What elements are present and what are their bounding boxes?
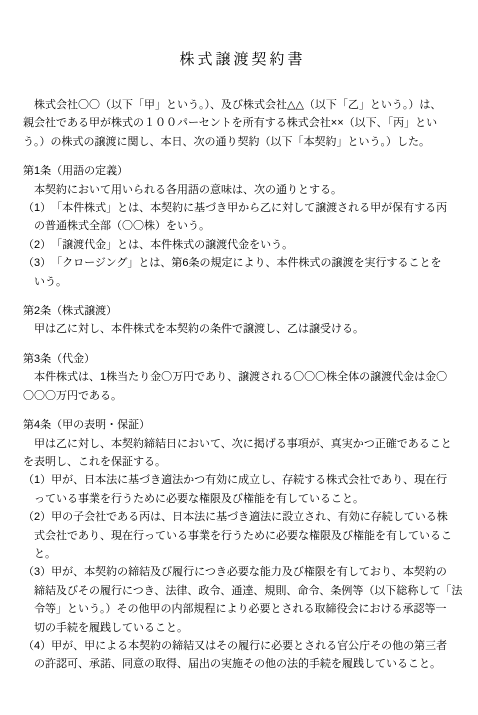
- article-block: 第1条（用語の定義） 本契約において用いられる各用語の意味は、次の通りとする。（…: [23, 162, 462, 291]
- article-heading: 第2条（株式譲渡）: [23, 302, 462, 320]
- text-line: 株式会社〇〇（以下「甲」という。）、及び株式会社△△（以下「乙」という。）は、: [23, 96, 462, 114]
- article-block: 第3条（代金） 本件株式は、1株当たり金〇万円であり、譲渡される〇〇〇株全体の譲…: [23, 350, 462, 405]
- text-line: の普通株式全部（〇〇株）をいう。: [23, 217, 462, 235]
- document-title: 株式譲渡契約書: [23, 50, 462, 69]
- text-line: （1）甲が、日本法に基づき適法かつ有効に成立し、存続する株式会社であり、現在行: [23, 471, 462, 489]
- text-line: っている事業を行うために必要な権限及び権能を有していること。: [23, 490, 462, 508]
- text-line: 式会社であり、現在行っている事業を行うために必要な権限及び権能を有しているこ: [23, 527, 462, 545]
- text-line: （2）甲の子会社である丙は、日本法に基づき適法に設立され、有効に存続している株: [23, 508, 462, 526]
- text-line: 甲は乙に対し、本件株式を本契約の条件で譲渡し、乙は譲受ける。: [23, 320, 462, 338]
- text-line: 切の手続を履践していること。: [23, 619, 462, 637]
- text-line: 令等」という。）その他甲の内部規程により必要とされる取締役会における承認等一: [23, 600, 462, 618]
- text-line: の許認可、承諾、同意の取得、届出の実施その他の法的手続を履践していること。: [23, 655, 462, 673]
- text-line: いう。: [23, 273, 462, 291]
- article-heading: 第3条（代金）: [23, 350, 462, 368]
- article-block: 第4条（甲の表明・保証） 甲は乙に対し、本契約締結日において、次に掲げる事項が、…: [23, 416, 462, 674]
- text-line: （4）甲が、甲による本契約の締結又はその履行に必要とされる官公庁その他の第三者: [23, 637, 462, 655]
- text-line: 締結及びその履行につき、法律、政令、通達、規則、命令、条例等（以下総称して「法: [23, 582, 462, 600]
- article-block: 第2条（株式譲渡） 甲は乙に対し、本件株式を本契約の条件で譲渡し、乙は譲受ける。: [23, 302, 462, 339]
- document-page: 株式譲渡契約書 株式会社〇〇（以下「甲」という。）、及び株式会社△△（以下「乙」…: [0, 0, 478, 715]
- text-line: 本件株式は、1株当たり金〇万円であり、譲渡される〇〇〇株全体の譲渡代金は金〇: [23, 368, 462, 386]
- preamble: 株式会社〇〇（以下「甲」という。）、及び株式会社△△（以下「乙」という。）は、親…: [23, 96, 462, 151]
- articles: 第1条（用語の定義） 本契約において用いられる各用語の意味は、次の通りとする。（…: [23, 162, 462, 674]
- text-line: と。: [23, 545, 462, 563]
- text-line: を表明し、これを保証する。: [23, 453, 462, 471]
- text-line: （1） 「本件株式」とは、本契約に基づき甲から乙に対して譲渡される甲が保有する丙: [23, 199, 462, 217]
- text-line: う。）の株式の譲渡に関し、本日、次の通り契約（以下「本契約」という。）した。: [23, 133, 462, 151]
- article-heading: 第1条（用語の定義）: [23, 162, 462, 180]
- text-line: （3）甲が、本契約の締結及び履行につき必要な能力及び権限を有しており、本契約の: [23, 563, 462, 581]
- text-line: 〇〇〇万円である。: [23, 387, 462, 405]
- text-line: （3） 「クロージング」とは、第6条の規定により、本件株式の譲渡を実行することを: [23, 254, 462, 272]
- text-line: （2） 「譲渡代金」とは、本件株式の譲渡代金をいう。: [23, 236, 462, 254]
- article-heading: 第4条（甲の表明・保証）: [23, 416, 462, 434]
- text-line: 甲は乙に対し、本契約締結日において、次に掲げる事項が、真実かつ正確であること: [23, 435, 462, 453]
- text-line: 親会社である甲が株式の１００パーセントを所有する株式会社××（以下、「丙」とい: [23, 114, 462, 132]
- text-line: 本契約において用いられる各用語の意味は、次の通りとする。: [23, 181, 462, 199]
